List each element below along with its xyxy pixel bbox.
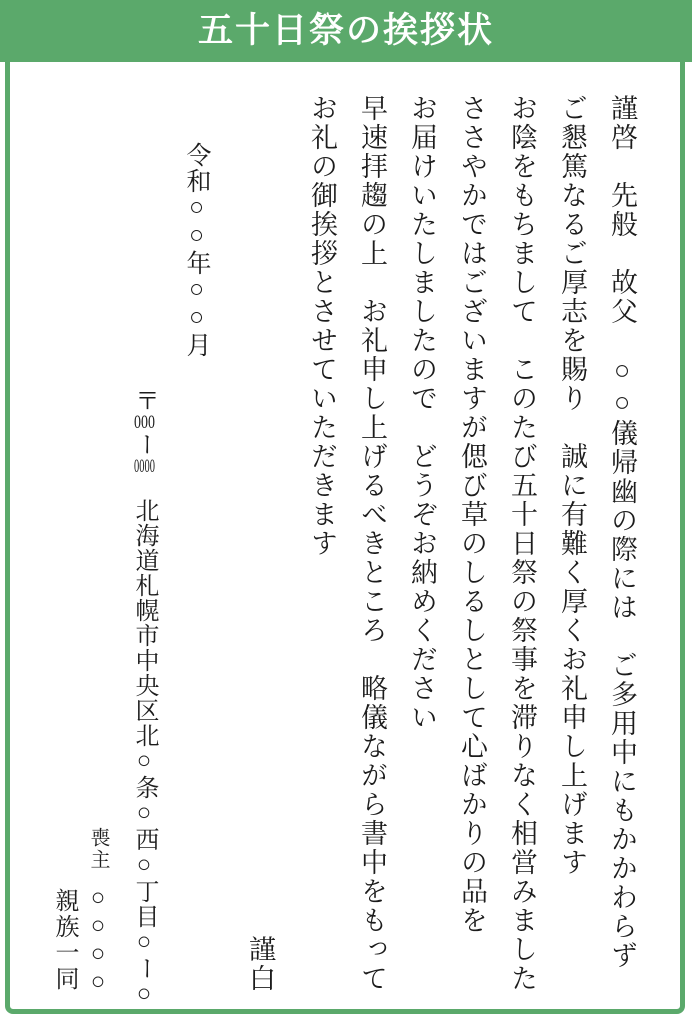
letter-line-6: 早速拝趨の上 お礼申し上げるべきところ 略儀ながら書中をもって (358, 94, 385, 993)
letter-line-2: ご懇篤なるご厚志を賜り 誠に有難く厚くお礼申し上げます (558, 94, 585, 877)
postal-code-part1: 000 (134, 413, 155, 432)
postal-mark: 〒 (131, 388, 157, 413)
page-title-bar: 五十日祭の挨拶状 (0, 0, 692, 62)
letter-body: 謹啓 先般 故父 ○○儀帰幽の際には ご多用中にもかかわらず ご懇篤なるご厚志を… (0, 0, 692, 1024)
mourner-signature: 喪主○○○○ (86, 827, 110, 997)
letter-line-3: お陰をもちまして このたび五十日祭の祭事を滞りなく相営みました (508, 94, 535, 993)
mourner-name: ○○○○ (85, 885, 111, 997)
sender-address: 〒000ー0000北海道札幌市中央区北○条○西○丁目○ー○ (132, 388, 156, 1008)
letter-line-7: お礼の御挨拶とさせていただきます (308, 94, 335, 558)
street-address: 北海道札幌市中央区北○条○西○丁目○ー○ (131, 498, 157, 1008)
letter-page: 五十日祭の挨拶状 謹啓 先般 故父 ○○儀帰幽の際には ご多用中にもかかわらず … (0, 0, 692, 1024)
letter-line-1: 謹啓 先般 故父 ○○儀帰幽の際には ご多用中にもかかわらず (608, 94, 635, 970)
postal-code-part2: 0000 (134, 457, 155, 476)
letter-line-5: お届けいたしましたので どうぞお納めください (408, 94, 435, 732)
letter-line-4: ささやかではございますが偲び草のしるしとして心ばかりの品を (458, 94, 485, 935)
closing-word: 謹白 (246, 935, 273, 993)
postal-dash: ー (131, 432, 157, 457)
letter-date: 令和○○年○○月 (184, 142, 209, 358)
page-title: 五十日祭の挨拶状 (198, 0, 494, 62)
mourner-label: 喪主 (87, 827, 109, 871)
family-signature: 親族一同 (52, 888, 76, 992)
